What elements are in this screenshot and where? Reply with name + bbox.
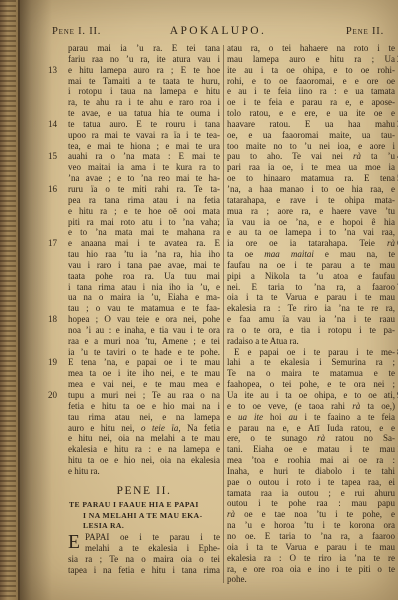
verse-line: Inaha, e huri te diabolo i te tahi [227,466,395,477]
verse-line: oe, e ua faaoromai maite, ua tau- [227,130,395,141]
verse-line: e ua ite hoi au i te faaino a te feia [227,412,395,423]
verse-line: ra, e ore roa oia e ino i te piti o te [227,564,395,575]
verse-line: 3haavare ratou. E ua haa mahu [227,119,395,130]
verse-line: e au ta oe lamepa i to ’na vai raa, [227,227,395,238]
verse-line: 7nei. E taria to ’na ra, a faaroo [227,282,395,293]
verse-line: atau ra, o tei hahaere na roto i te [227,43,395,54]
verse-line: radaiso a te Atua ra. [227,336,395,347]
verse-line: 5oe to hinaaro matamua ra. E tena [227,173,395,184]
verse-number: 13 [48,65,66,76]
verse-number: 14 [48,119,66,130]
verse-line: tapea i na fetia e hitu i tana rima [68,565,220,576]
verse-line: hitu ta oe e hio nei, oia na ekalesia [68,455,220,466]
verse-line: na ’u e horoa ’tu i te korona ora [227,520,395,531]
verse-number: 17 [48,238,66,249]
verse-line: mea ta oe i ite iho nei, e te mau [68,368,220,379]
verse-line: taata pohe roa ra. Ua tuu mai [68,271,220,282]
verse-line: e hitu nei, oia na melahi a te mau [68,433,220,444]
verse-line: pari raa ia oe, i te mea ua moe ia [227,162,395,173]
verse-line: ia ’u te taviri o te hade e te pohe. [68,347,220,358]
column-divider [220,43,227,591]
verse-line: ekalesia ra : Te riro ia ’na te re ra, [227,303,395,314]
verse-line: e to oe veve, (e taoa rahi rà ta oe,) [227,401,395,412]
verse-line: te avae, e ua tatua hia te ouma i [68,108,220,119]
verse-line: melahi a te ekalesia i Ephe- [68,543,220,554]
verse-line: rà oe e tae noa ’tu i te pohe, e [227,509,395,520]
verse-line: ra, te ahu ra i te ahu e raro roa i [68,97,220,108]
verse-number: 18 [48,314,66,325]
running-head-right: Pene II. [346,26,384,37]
verse-line: 20tupu a muri nei ; Te au raa o na [68,390,220,401]
verse-line: fariu raa no ’u ra, ite atura vau i [68,54,220,65]
verse-line: 19E tena ’na, e papai oe i te mau [68,357,220,368]
verse-line: mai te Tamaiti a te taata te huru, [68,76,220,87]
verse-line: 9Ua ite au i ta oe ohipa, e to oe ati, [227,390,395,401]
verse-line: 13e hitu lamepa auro ra ; E te hoe [68,65,220,76]
verse-line: 8E e papai oe i te parau i te me- [227,347,395,358]
verse-line: 11no oe. E taria to ’na ra, a faaroo [227,531,395,542]
verse-line: 17e anaana mai i te avatea ra. E [68,238,220,249]
verse-line: e au i te feia iino ra : e ua tamata [227,86,395,97]
book-title: APOKALUPO. [52,25,384,37]
right-column: atau ra, o tei hahaere na roto i te2mau … [227,43,395,591]
verse-line: upoo ra mai te vavai ra ïa i te tea- [68,130,220,141]
chapter-heading: PENE II. [68,477,220,500]
verse-line: ite au i ta oe ohipa, e to oe rohi- [227,65,395,76]
verse-line: e faa amu ïa vau ia ’na i te raau [227,314,395,325]
verse-line: i tana rima atau i nia iho ia ’u, e [68,282,220,293]
verse-line: outou i te pohe raa : mau papu [227,498,395,509]
verse-line: ra o te ora, e tia i rotopu i te pa- [227,325,395,336]
verse-line: oia i ta te Varua e parau i te mau [227,292,395,303]
verse-line: vau i raro i tana pae avae, mai te [68,260,220,271]
verse-line: 16ruru ïa o te miti rahi ra. Te ta- [68,184,220,195]
verse-line: ta oe maa maitai e mau na, te [227,249,395,260]
verse-line: 4pau to aho. Te vai nei rà ta ’u [227,151,395,162]
verse-number: 20 [48,390,66,401]
verse-line: i rotopu i taua na lamepa e hitu [68,86,220,97]
verse-line: ’na avae ; e to ’na reo mai te ha- [68,173,220,184]
verse-line: noa ’i au : e inaha, e tia vau i te ora [68,325,220,336]
verse-line: faahopea, o tei pohe, e te ora nei ; [227,379,395,390]
verse-line: pipi a Nikola ta ’u atoa e faufau [227,271,395,282]
verse-line: pea ra tana rima atau i na fetia [68,195,220,206]
verse-line: faufau na oe i te parau a te mau [227,260,395,271]
verse-line: pohe. [227,574,395,585]
verse-line: ua na o maira ia ’u, Eiaha e ma- [68,292,220,303]
verse-line: e to ’na mata mai te mahana ra [68,227,220,238]
verse-line: mua ra ; aore ra, e haere vave ’tu [227,206,395,217]
book-page: Pene I. II. APOKALUPO. Pene II. parau ma… [20,0,398,600]
text-body: parau mai ia ’u ra. E tei tanafariu raa … [68,43,398,591]
chapter-subtitle-line: TE PARAU I FAAUE HIA E PAPAI [68,500,220,511]
verse-line: rohi, e to oe faaoromai, e e ore oe [227,76,395,87]
verse-line: 6ia ore oe ia tatarahapa. Teie rà [227,238,395,249]
verse-line: tolo ratou, e e ere, e ua ite oe e [227,108,395,119]
verse-line: 14te tatua auro. E te rouru i tana [68,119,220,130]
adjacent-page-edge [0,0,22,600]
verse-line: 18hopea ; O vau teie e ora nei, pohe [68,314,220,325]
verse-line: ere, o te sunago rà ratou no Sa- [227,433,395,444]
verse-line: e hitu ra ; e te hoe oē ooi mata [68,206,220,217]
book-scan: Pene I. II. APOKALUPO. Pene II. parau ma… [0,0,398,600]
verse-number: 16 [48,184,66,195]
page-header: Pene I. II. APOKALUPO. Pene II. [52,26,384,40]
verse-line: ekalesia e hitu ra : e na lamepa e [68,444,220,455]
verse-line: parau mai ia ’u ra. E tei tana [68,43,220,54]
verse-line: sia ra ; Te na o maira oia o tei [68,554,220,565]
verse-line: e parau na e, e Atī Iuda ratou, e e [227,423,395,434]
verse-line: 2mau lamepa auro e hitu ra ; Ua [227,54,395,65]
verse-line: mea ’toa e roohia mai ai oe ra : [227,455,395,466]
verse-number: 19 [48,357,66,368]
verse-line: too maite no to ’u nei ioa, e aore i [227,141,395,152]
verse-line: tea, e mai te hiona ; e mai te ura [68,141,220,152]
verse-line: veo maitai ia ama i te kura ra to [68,162,220,173]
verse-line: tatarahapa, e rave i te ohipa mata- [227,195,395,206]
verse-line: 15auahi ra o ’na mata : E mai te [68,151,220,162]
verse-line: mea e vai nei, e te mau mea e [68,379,220,390]
verse-line: tamata raa ia outou ; e rui ahuru [227,488,395,499]
verse-line: raa e a muri noa ’tu, Amene ; e tei [68,336,220,347]
verse-number: 15 [48,151,66,162]
verse-line: Te na o maira te matamua e te [227,368,395,379]
verse-line: e hitu ra. [68,466,220,477]
verse-line: tau ; o vau te matamua e te faa- [68,303,220,314]
verse-line: fetia e hitu ta oe e hio mai na i [68,401,220,412]
verse-line: ’na, a haa manao i to oe hia raa, e [227,184,395,195]
verse-line: oia i ta te Varua e parau i te mau [227,542,395,553]
left-column: parau mai ia ’u ra. E tei tanafariu raa … [68,43,220,591]
verse-line: auro e hitu nei, o teie ïa, Na fetia [68,423,220,434]
verse-line: pae o outou i roto i te tapea raa, ei [227,477,395,488]
chapter-subtitle-line: I NA MELAHI A TE MAU EKA- [68,511,220,522]
verse-line: EPAPAI oe i te parau i te [68,532,220,543]
verse-line: tau rima atau nei, e na lamepa [68,412,220,423]
chapter-subtitle-line: LESIA RA. [68,521,220,532]
verse-line: piti ra mai roto atu i to ’na vaha; [68,217,220,228]
verse-line: tau hio raa ’tu ia ’na ra, hia iho [68,249,220,260]
verse-line: oe i te feia e parau ra e, e apose- [227,97,395,108]
verse-line: lahi a te ekalesia i Semurina ra ; [227,357,395,368]
verse-line: ekalesia ra : O te riro ia ’na te re [227,553,395,564]
verse-line: 10tani. Eiaha oe e matau i te mau [227,444,395,455]
verse-line: ïa vau ia oe ’na, e e hopoi ê hia [227,217,395,228]
